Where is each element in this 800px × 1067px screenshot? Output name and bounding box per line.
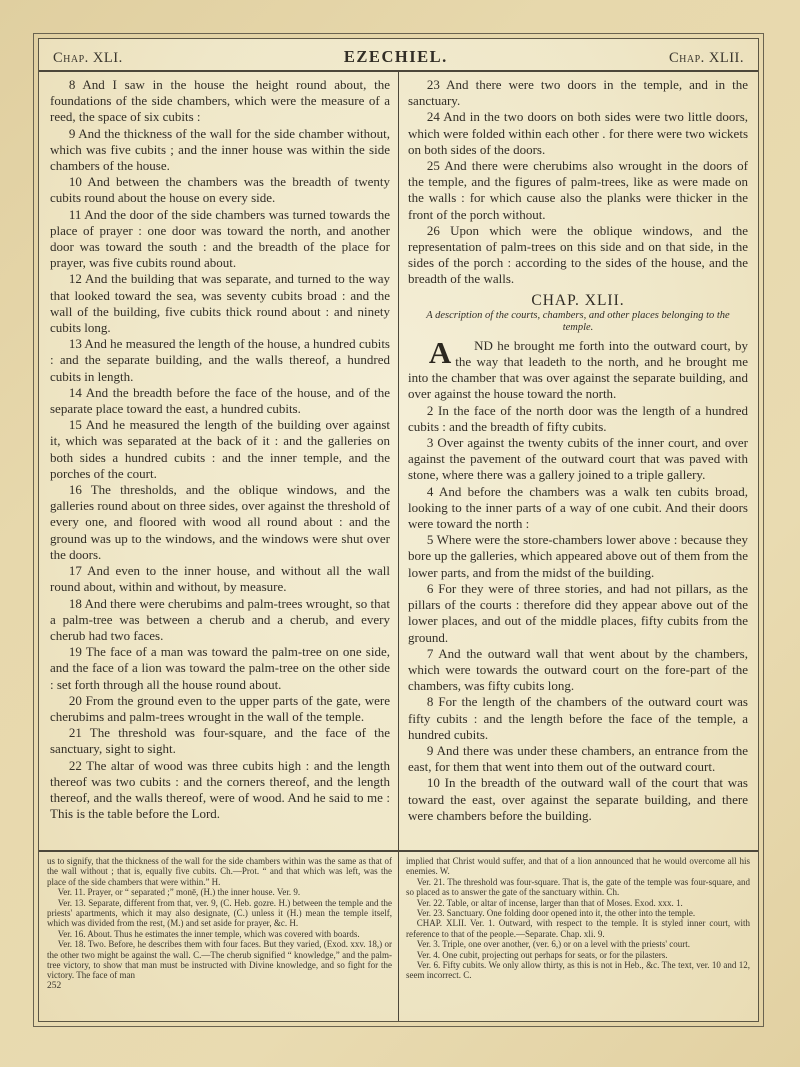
scanned-book-page: Chap. XLI. EZECHIEL. Chap. XLII. 8 And I… [0,0,800,1067]
page-number: 252 [47,981,392,991]
footnote-column-left: us to signify, that the thickness of the… [39,852,398,1021]
footnote-column-right: implied that Christ would suffer, and th… [399,852,758,1021]
verse-paragraph: 17 And even to the inner house, and with… [50,563,390,595]
footnote-paragraph: Ver. 18. Two. Before, he describes them … [47,939,392,981]
page-content-area: Chap. XLI. EZECHIEL. Chap. XLII. 8 And I… [38,38,759,1022]
footnote-paragraph: Ver. 11. Prayer, or “ separated ;” monē,… [47,887,392,897]
dropcap-letter: A [408,338,455,366]
verse-paragraph: 23 And there were two doors in the templ… [408,77,748,109]
verse-paragraph: 14 And the breadth before the face of th… [50,385,390,417]
footnote-paragraph: Ver. 6. Fifty cubits. We only allow thir… [406,960,750,981]
verse-paragraph: 6 For they were of three stories, and ha… [408,581,748,646]
verse-paragraph: 26 Upon which were the oblique windows, … [408,223,748,288]
verse-paragraph: 2 In the face of the north door was the … [408,403,748,435]
verse-paragraph: 12 And the building that was separate, a… [50,271,390,336]
first-verse-text: ND he brought me forth into the outward … [408,338,748,402]
footnote-paragraph: Ver. 16. About. Thus he estimates the in… [47,929,392,939]
header-chapter-left: Chap. XLI. [53,50,123,67]
footnote-paragraph: Ver. 22. Table, or altar of incense, lar… [406,898,750,908]
footnote-paragraph: Ver. 4. One cubit, projecting out perhap… [406,950,750,960]
footnote-paragraph: CHAP. XLII. Ver. 1. Outward, with respec… [406,918,750,939]
verse-paragraph: 9 And there was under these chambers, an… [408,743,748,775]
verse-paragraph: 10 In the breadth of the outward wall of… [408,775,748,824]
verse-paragraph: 9 And the thickness of the wall for the … [50,126,390,175]
verse-paragraph: 8 For the length of the chambers of the … [408,694,748,743]
footnote-left-list: us to signify, that the thickness of the… [47,856,392,981]
verse-paragraph: 3 Over against the twenty cubits of the … [408,435,748,484]
text-column-right: 23 And there were two doors in the templ… [399,72,758,850]
verse-paragraph: 7 And the outward wall that went about b… [408,646,748,695]
header-book-title: EZECHIEL. [344,47,448,67]
verse-paragraph: 16 The thresholds, and the oblique windo… [50,482,390,563]
footnote-paragraph: Ver. 21. The threshold was four-square. … [406,877,750,898]
text-column-left: 8 And I saw in the house the height roun… [39,72,398,850]
footnote-paragraph: Ver. 23. Sanctuary. One folding door ope… [406,908,750,918]
verse-paragraph: 11 And the door of the side chambers was… [50,207,390,272]
chapter-heading: CHAP. XLII. [408,293,748,309]
verse-paragraph: 25 And there were cherubims also wrought… [408,158,748,223]
footnote-paragraph: Ver. 13. Separate, different from that, … [47,898,392,929]
header-chapter-right: Chap. XLII. [669,50,744,67]
right-column-verses-chap42: 2 In the face of the north door was the … [408,403,748,824]
right-column-verses-chap41: 23 And there were two doors in the templ… [408,77,748,288]
verse-paragraph: 4 And before the chambers was a walk ten… [408,484,748,533]
chapter-description: A description of the courts, chambers, a… [414,310,742,335]
footnotes-section: us to signify, that the thickness of the… [39,852,758,1021]
verse-paragraph: 22 The altar of wood was three cubits hi… [50,758,390,823]
footnote-paragraph: us to signify, that the thickness of the… [47,856,392,887]
verse-paragraph: 15 And he measured the length of the bui… [50,417,390,482]
verse-paragraph: 10 And between the chambers was the brea… [50,174,390,206]
verse-paragraph: 5 Where were the store-chambers lower ab… [408,532,748,581]
footnote-paragraph: Ver. 3. Triple, one over another, (ver. … [406,939,750,949]
verse-paragraph: 24 And in the two doors on both sides we… [408,109,748,158]
main-text-section: 8 And I saw in the house the height roun… [39,72,758,850]
verse-paragraph: 13 And he measured the length of the hou… [50,336,390,385]
verse-paragraph-dropcap: AND he brought me forth into the outward… [408,338,748,403]
verse-paragraph: 8 And I saw in the house the height roun… [50,77,390,126]
verse-paragraph: 18 And there were cherubims and palm-tre… [50,596,390,645]
verse-paragraph: 19 The face of a man was toward the palm… [50,644,390,693]
page-header: Chap. XLI. EZECHIEL. Chap. XLII. [39,39,758,72]
verse-paragraph: 20 From the ground even to the upper par… [50,693,390,725]
page-border-frame: Chap. XLI. EZECHIEL. Chap. XLII. 8 And I… [33,33,764,1027]
verse-paragraph: 21 The threshold was four-square, and th… [50,725,390,757]
footnote-paragraph: implied that Christ would suffer, and th… [406,856,750,877]
